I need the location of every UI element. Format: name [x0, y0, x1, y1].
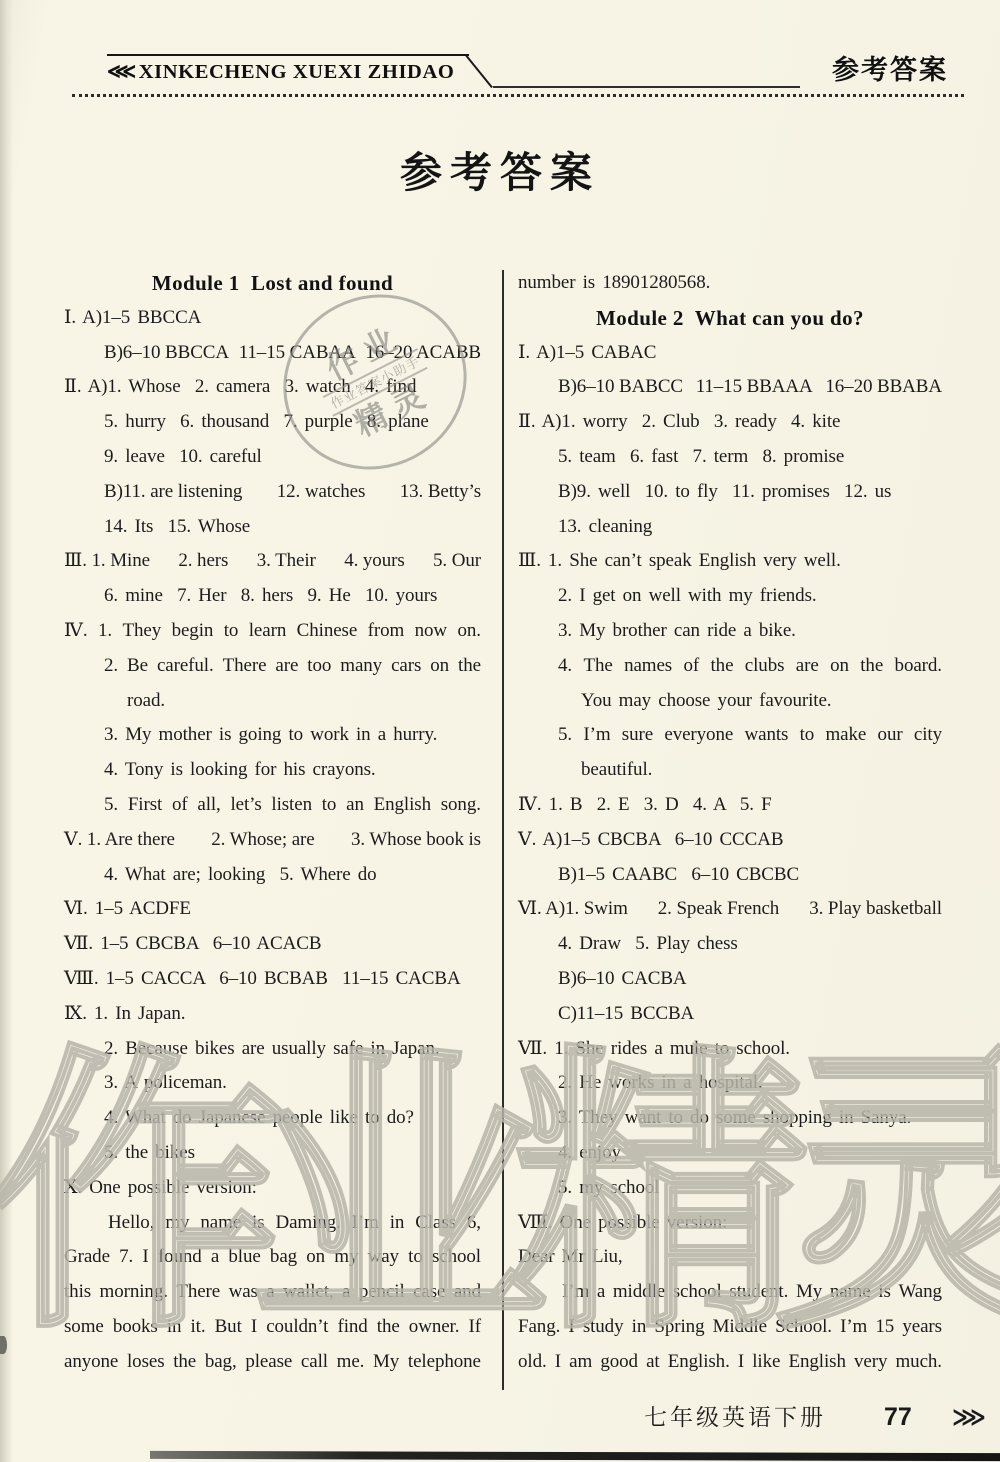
- answer-line: thismorning.Therewasawallet,apencilcasea…: [64, 1275, 481, 1310]
- header-corner-label: 参考答案: [832, 48, 948, 87]
- brand-logo-text: ⋘XINKECHENG XUEXI ZHIDAO: [107, 59, 469, 84]
- footer-book-title: 七年级英语下册: [644, 1399, 826, 1432]
- brand-tab-rule: [493, 86, 800, 88]
- page-title: 参考答案: [0, 140, 1000, 200]
- answer-line: B)6–10 CACBA: [518, 962, 942, 997]
- answer-line: Ⅲ. 1. Mine2. hers3. Their4. yours5. Our: [64, 544, 481, 579]
- answer-line: Ⅵ. A)1. Swim2. Speak French3. Play baske…: [518, 892, 942, 927]
- answer-line: 5. my school: [518, 1171, 942, 1206]
- answer-line: Ⅴ. A)1–5 CBCBA 6–10 CCCAB: [518, 823, 942, 858]
- column-divider: [502, 270, 504, 1390]
- answer-line: 3. My brother can ride a bike.: [518, 614, 942, 649]
- answer-line: 4. enjoy: [518, 1136, 942, 1171]
- answer-line: 5. the bikes: [64, 1136, 481, 1171]
- answer-line: 3. They want to do some shopping in Sany…: [518, 1101, 942, 1136]
- answer-line: 5. hurry 6. thousand 7. purple 8. plane: [64, 405, 481, 440]
- answer-line: 2. He works in a hospital.: [518, 1066, 942, 1101]
- footer-arrow-icon: ⋙: [952, 1403, 984, 1432]
- answer-line: Ⅰ. A)1–5 BBCCA: [64, 301, 481, 336]
- answer-line: old.IamgoodatEnglish.IlikeEnglishverymuc…: [518, 1345, 942, 1380]
- answer-line: Hello,mynameisDaming.I’minClass6,: [64, 1206, 481, 1241]
- answer-line: Ⅶ. 1–5 CBCBA 6–10 ACACB: [64, 927, 481, 962]
- answer-line: B)9. well 10. to fly 11. promises 12. us: [518, 475, 942, 510]
- answer-line: 4. Tony is looking for his crayons.: [64, 753, 481, 788]
- answer-line: 3. A policeman.: [64, 1066, 481, 1101]
- answer-line: 2. Because bikes are usually safe in Jap…: [64, 1032, 481, 1067]
- answer-line: 5.I’msureeveryonewantstomakeourcity: [518, 718, 942, 753]
- answer-line: 5.Firstofall,let’slistentoanEnglishsong.: [64, 788, 481, 823]
- scan-page-edge: [0, 0, 13, 1462]
- module-heading: Module 2 What can you do?: [518, 301, 942, 336]
- answer-line: Dear Mr Liu,: [518, 1240, 942, 1275]
- answer-line: B)6–10 BBCCA11–15 CABAA16–20 ACABB: [64, 336, 481, 371]
- answer-line: Grade7.Ifoundabluebagonmywaytoschool: [64, 1240, 481, 1275]
- header-dotted-divider: [72, 94, 964, 97]
- answer-line: beautiful.: [518, 753, 942, 788]
- answer-line: 4. What do Japanese people like to do?: [64, 1101, 481, 1136]
- answer-line: 3. My mother is going to work in a hurry…: [64, 718, 481, 753]
- answer-line: road.: [64, 684, 481, 719]
- answer-line: 2.Becareful.Therearetoomanycarsonthe: [64, 649, 481, 684]
- answer-line: 2. I get on well with my friends.: [518, 579, 942, 614]
- module-heading: Module 1 Lost and found: [64, 266, 481, 301]
- answer-line: Ⅴ. 1. Are there2. Whose; are3. Whose boo…: [64, 823, 481, 858]
- answer-line: Ⅰ. A)1–5 CABAC: [518, 336, 942, 371]
- brand-name: XINKECHENG XUEXI ZHIDAO: [139, 61, 455, 83]
- answer-key-page: ⋘XINKECHENG XUEXI ZHIDAO 参考答案 参考答案 Modul…: [0, 0, 1000, 1462]
- header-brand-tab: ⋘XINKECHENG XUEXI ZHIDAO: [107, 54, 469, 84]
- answer-line: 4.Thenamesoftheclubsareontheboard.: [518, 649, 942, 684]
- answer-line: B)6–10 BABCC11–15 BBAAA16–20 BBABA: [518, 370, 942, 405]
- answer-line: 6. mine 7. Her 8. hers 9. He 10. yours: [64, 579, 481, 614]
- answer-line: 13. cleaning: [518, 510, 942, 545]
- answer-line: Ⅳ. 1. B 2. E 3. D 4. A 5. F: [518, 788, 942, 823]
- answer-line: Ⅷ. One possible version:: [518, 1206, 942, 1241]
- answer-line: anyonelosesthebag,pleasecallme.Mytelepho…: [64, 1345, 481, 1380]
- answer-line: B)11. are listening12. watches13. Betty’…: [64, 475, 481, 510]
- answer-line: 14. Its 15. Whose: [64, 510, 481, 545]
- answer-line: number is 18901280568.: [518, 266, 942, 301]
- answer-line: 4. What are; looking 5. Where do: [64, 858, 481, 893]
- answer-line: Ⅲ. 1. She can’t speak English very well.: [518, 544, 942, 579]
- brand-chevrons-icon: ⋘: [107, 61, 137, 83]
- answer-line: I’mamiddleschoolstudent.MynameisWang: [518, 1275, 942, 1310]
- footer-bottom-bar: [150, 1451, 1000, 1461]
- answer-line: Ⅹ. One possible version:: [64, 1171, 481, 1206]
- answer-line: Ⅵ. 1–5 ACDFE: [64, 892, 481, 927]
- answer-line: Ⅸ. 1. In Japan.: [64, 997, 481, 1032]
- footer-page-number: 77: [884, 1403, 912, 1432]
- footer: 七年级英语下册 77 ⋙: [518, 1399, 988, 1432]
- answer-line: C)11–15 BCCBA: [518, 997, 942, 1032]
- answer-line: 4. Draw 5. Play chess: [518, 927, 942, 962]
- brand-tab-diagonal: [465, 55, 492, 88]
- answer-line: Ⅱ. A)1. worry 2. Club 3. ready 4. kite: [518, 405, 942, 440]
- answer-line: You may choose your favourite.: [518, 684, 942, 719]
- answer-line: Ⅳ.1.TheybegintolearnChinesefromnowon.: [64, 614, 481, 649]
- answer-line: Ⅶ. 1. She rides a mule to school.: [518, 1032, 942, 1067]
- scan-artifact: [0, 1336, 7, 1354]
- answer-line: 9. leave 10. careful: [64, 440, 481, 475]
- answer-line: B)1–5 CAABC 6–10 CBCBC: [518, 858, 942, 893]
- answer-line: Ⅱ. A)1. Whose 2. camera 3. watch 4. find: [64, 370, 481, 405]
- answer-line: Fang.IstudyinSpringMiddleSchool.I’m15yea…: [518, 1310, 942, 1345]
- answer-line: Ⅷ. 1–5 CACCA 6–10 BCBAB 11–15 CACBA: [64, 962, 481, 997]
- answer-line: 5. team 6. fast 7. term 8. promise: [518, 440, 942, 475]
- answer-line: somebooksinit.ButIcouldn’tfindtheowner.I…: [64, 1310, 481, 1345]
- answer-column-left: Module 1 Lost and foundⅠ. A)1–5 BBCCAB)6…: [64, 266, 481, 1380]
- answer-column-right: number is 18901280568.Module 2 What can …: [518, 266, 942, 1380]
